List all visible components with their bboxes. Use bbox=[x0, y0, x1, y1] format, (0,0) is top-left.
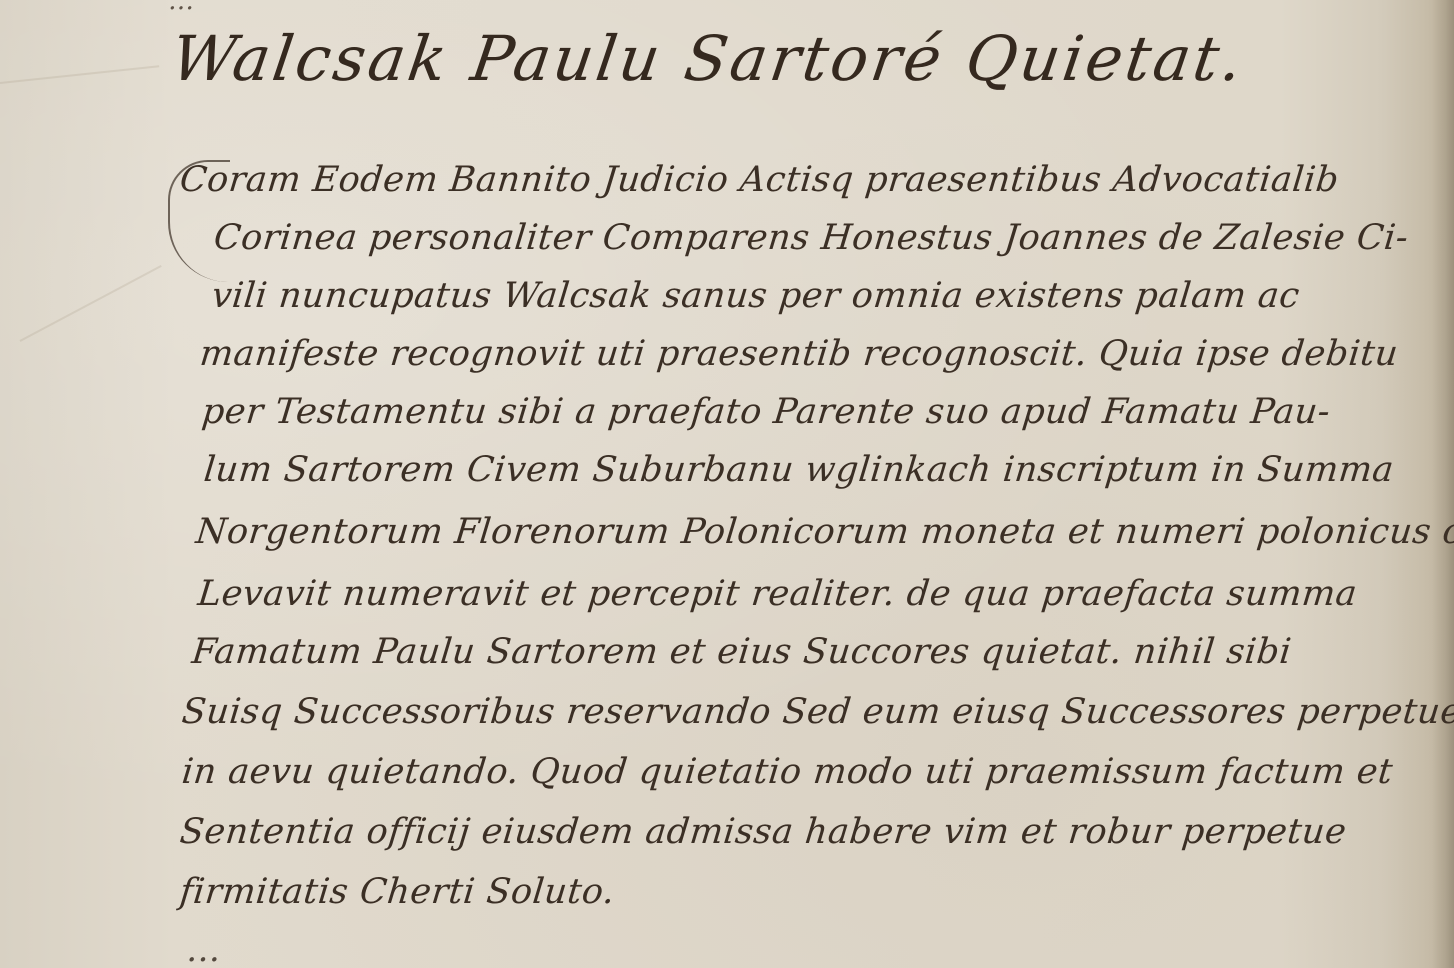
text-line-9: Famatum Paulu Sartorem et eius Succores … bbox=[190, 632, 1294, 672]
text-line-3: vili nuncupatus Walcsak sanus per omnia … bbox=[210, 276, 1302, 316]
text-line-7: Norgentorum Florenorum Polonicorum monet… bbox=[194, 512, 1454, 552]
text-line-2: Corinea personaliter Comparens Honestus … bbox=[212, 218, 1410, 258]
text-line-12: Sententia officij eiusdem admissa habere… bbox=[178, 812, 1349, 852]
next-entry-fragment: … bbox=[186, 930, 221, 968]
previous-entry-fragment: … bbox=[168, 0, 195, 16]
text-line-13: firmitatis Cherti Soluto. bbox=[178, 872, 617, 912]
text-line-1: Coram Eodem Bannito Judicio Actisq praes… bbox=[178, 160, 1341, 200]
page-edge-shadow bbox=[1432, 0, 1454, 968]
text-line-4: manifeste recognovit uti praesentib reco… bbox=[198, 334, 1400, 374]
text-line-5: per Testamentu sibi a praefato Parente s… bbox=[200, 392, 1332, 432]
text-line-6: lum Sartorem Civem Suburbanu wglinkach i… bbox=[202, 450, 1396, 490]
text-line-10: Suisq Successoribus reservando Sed eum e… bbox=[180, 692, 1454, 732]
text-line-11: in aevu quietando. Quod quietatio modo u… bbox=[180, 752, 1395, 792]
text-line-8: Levavit numeravit et percepit realiter. … bbox=[196, 574, 1359, 614]
manuscript-page: … Walcsak Paulu Sartoré Quietat. Coram E… bbox=[0, 0, 1454, 968]
paper-crease bbox=[0, 65, 159, 84]
paper-crease bbox=[20, 265, 162, 342]
entry-heading: Walcsak Paulu Sartoré Quietat. bbox=[167, 22, 1250, 95]
